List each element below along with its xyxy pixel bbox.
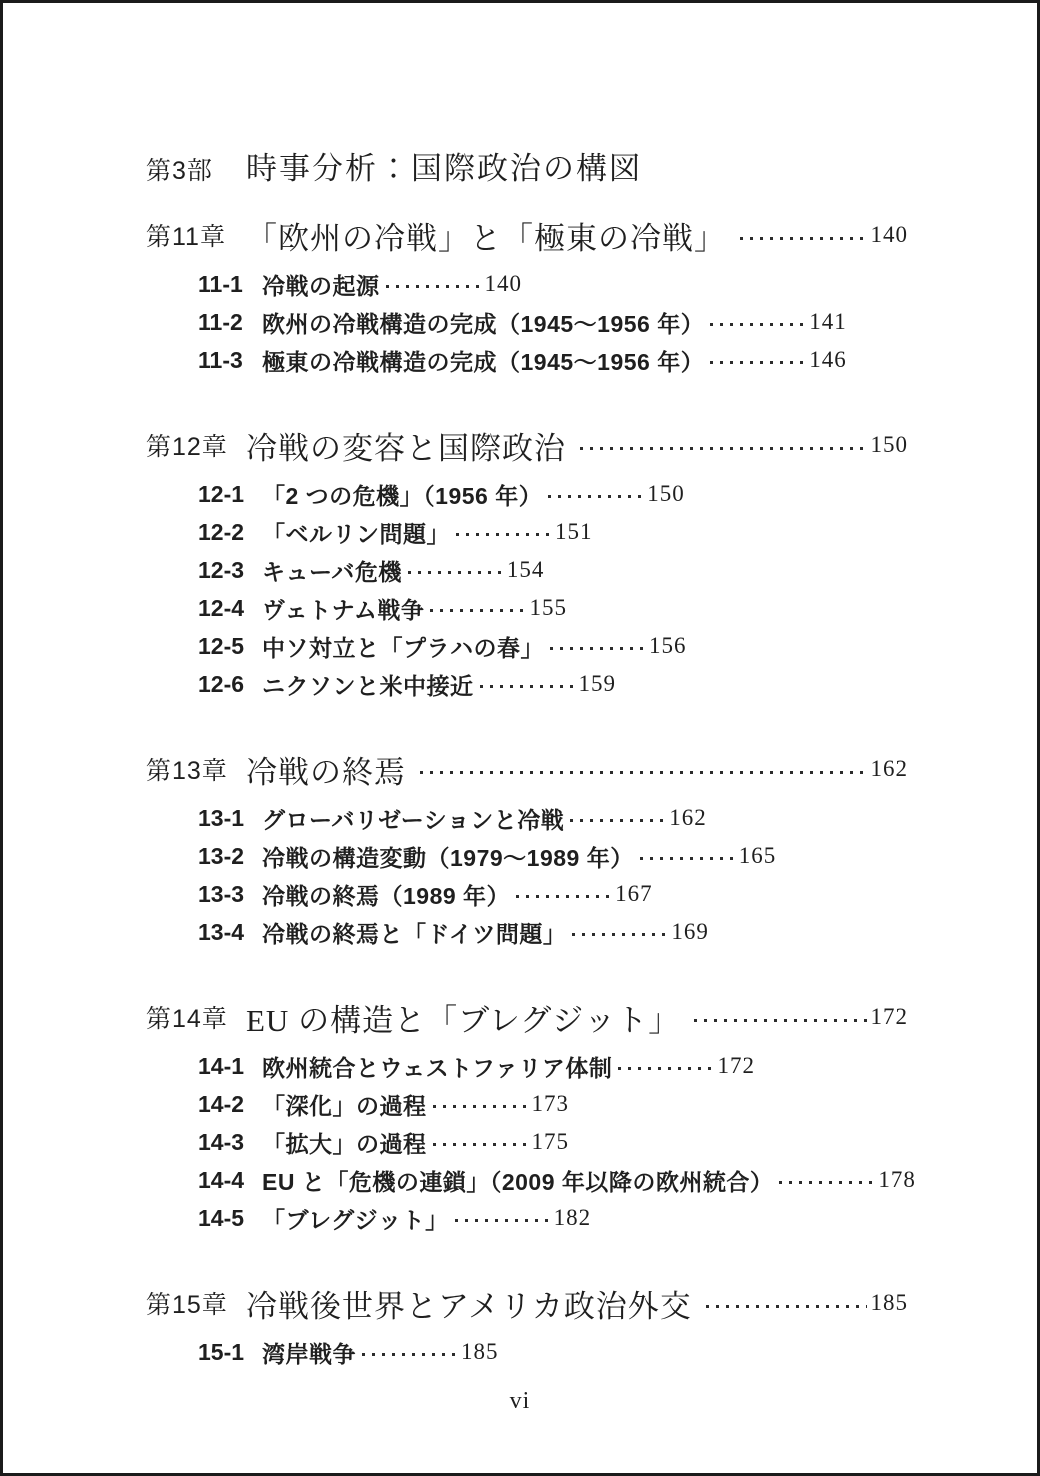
chapter-label: 第14章: [146, 999, 246, 1035]
section-title: 欧州統合とウェストファリア体制: [262, 1050, 612, 1083]
section-page-number: 175: [532, 1129, 570, 1155]
section-entry[interactable]: 15-1 湾岸戦争 185: [146, 1333, 908, 1371]
section-page-number: 185: [461, 1339, 499, 1365]
dot-leader: [572, 933, 666, 936]
dot-leader: [779, 1181, 873, 1184]
dot-leader: [480, 685, 574, 688]
section-page-number: 159: [579, 671, 617, 697]
dot-leader: [408, 571, 502, 574]
section-title: キューバ危機: [262, 554, 402, 587]
chapter-block: 第15章 冷戦後世界とアメリカ政治外交 185 15-1 湾岸戦争 185: [146, 1279, 908, 1371]
section-list: 13-1 グローバリゼーションと冷戦 162 13-2 冷戦の構造変動（1979…: [146, 799, 908, 951]
section-entry[interactable]: 14-5 「ブレグジット」 182: [146, 1199, 908, 1237]
section-entry[interactable]: 12-6 ニクソンと米中接近 159: [146, 665, 908, 703]
dot-leader: [550, 647, 644, 650]
section-title: 冷戦の終焉（1989 年）: [262, 878, 510, 911]
part-heading: 第3部 時事分析：国際政治の構図: [146, 143, 908, 185]
section-title: 「深化」の過程: [262, 1088, 427, 1121]
dot-leader: [433, 1143, 527, 1146]
dot-leader: [548, 495, 642, 498]
section-number: 13-1: [198, 805, 262, 832]
section-title: グローバリゼーションと冷戦: [262, 802, 564, 835]
dot-leader: [456, 533, 550, 536]
section-entry[interactable]: 14-1 欧州統合とウェストファリア体制 172: [146, 1047, 908, 1085]
part-label: 第3部: [146, 151, 246, 187]
section-number: 12-1: [198, 481, 262, 508]
chapter-list: 第11章 「欧州の冷戦」と「極東の冷戦」 140 11-1 冷戦の起源 140 …: [146, 211, 908, 1371]
section-list: 14-1 欧州統合とウェストファリア体制 172 14-2 「深化」の過程 17…: [146, 1047, 908, 1237]
section-number: 12-3: [198, 557, 262, 584]
chapter-title: 冷戦の変容と国際政治: [246, 423, 566, 468]
section-entry[interactable]: 12-4 ヴェトナム戦争 155: [146, 589, 908, 627]
section-number: 14-1: [198, 1053, 262, 1080]
toc-page: 第3部 時事分析：国際政治の構図 第11章 「欧州の冷戦」と「極東の冷戦」 14…: [0, 0, 1040, 1476]
chapter-entry[interactable]: 第12章 冷戦の変容と国際政治 150: [146, 421, 908, 469]
section-page-number: 172: [717, 1053, 755, 1079]
section-title: 「2 つの危機」（1956 年）: [262, 478, 542, 511]
section-number: 12-5: [198, 633, 262, 660]
section-entry[interactable]: 12-1 「2 つの危機」（1956 年） 150: [146, 475, 908, 513]
section-entry[interactable]: 14-4 EU と「危機の連鎖」（2009 年以降の欧州統合） 178: [146, 1161, 908, 1199]
section-entry[interactable]: 13-4 冷戦の終焉と「ドイツ問題」 169: [146, 913, 908, 951]
section-page-number: 156: [649, 633, 687, 659]
section-page-number: 162: [669, 805, 707, 831]
chapter-page-number: 185: [871, 1290, 909, 1316]
dot-leader: [455, 1219, 549, 1222]
section-number: 11-2: [198, 309, 262, 336]
section-page-number: 173: [532, 1091, 570, 1117]
section-number: 12-2: [198, 519, 262, 546]
section-entry[interactable]: 12-2 「ベルリン問題」 151: [146, 513, 908, 551]
chapter-title: 「欧州の冷戦」と「極東の冷戦」: [246, 213, 726, 258]
section-page-number: 141: [809, 309, 847, 335]
chapter-title: 冷戦の終焉: [246, 747, 406, 792]
section-number: 12-4: [198, 595, 262, 622]
section-number: 14-5: [198, 1205, 262, 1232]
section-page-number: 146: [809, 347, 847, 373]
chapter-entry[interactable]: 第14章 EU の構造と「ブレグジット」 172: [146, 993, 908, 1041]
section-title: 冷戦の構造変動（1979～1989 年）: [262, 840, 634, 873]
section-title: 極東の冷戦構造の完成（1945～1956 年）: [262, 344, 704, 377]
section-page-number: 155: [529, 595, 567, 621]
section-number: 12-6: [198, 671, 262, 698]
dot-leader: [386, 285, 480, 288]
section-entry[interactable]: 13-3 冷戦の終焉（1989 年） 167: [146, 875, 908, 913]
part-title: 時事分析：国際政治の構図: [246, 143, 642, 188]
section-page-number: 140: [485, 271, 523, 297]
chapter-page-number: 150: [871, 432, 909, 458]
section-title: 冷戦の起源: [262, 268, 380, 301]
section-page-number: 151: [555, 519, 593, 545]
dot-leader: [420, 771, 867, 774]
chapter-title: 冷戦後世界とアメリカ政治外交: [246, 1281, 692, 1326]
section-list: 12-1 「2 つの危機」（1956 年） 150 12-2 「ベルリン問題」 …: [146, 475, 908, 703]
section-title: 「ブレグジット」: [262, 1202, 449, 1235]
dot-leader: [740, 237, 867, 240]
chapter-label: 第12章: [146, 427, 246, 463]
section-number: 13-3: [198, 881, 262, 908]
section-entry[interactable]: 14-3 「拡大」の過程 175: [146, 1123, 908, 1161]
section-entry[interactable]: 11-2 欧州の冷戦構造の完成（1945～1956 年） 141: [146, 303, 908, 341]
section-entry[interactable]: 14-2 「深化」の過程 173: [146, 1085, 908, 1123]
section-entry[interactable]: 11-1 冷戦の起源 140: [146, 265, 908, 303]
section-title: ヴェトナム戦争: [262, 592, 424, 625]
dot-leader: [694, 1019, 866, 1022]
dot-leader: [580, 447, 867, 450]
section-page-number: 150: [647, 481, 685, 507]
section-page-number: 169: [671, 919, 709, 945]
chapter-block: 第13章 冷戦の終焉 162 13-1 グローバリゼーションと冷戦 162 13…: [146, 745, 908, 951]
footer-page-number: vi: [510, 1388, 531, 1414]
section-entry[interactable]: 12-5 中ソ対立と「プラハの春」 156: [146, 627, 908, 665]
section-entry[interactable]: 12-3 キューバ危機 154: [146, 551, 908, 589]
chapter-page-number: 162: [871, 756, 909, 782]
section-title: EU と「危機の連鎖」（2009 年以降の欧州統合）: [262, 1164, 773, 1197]
section-entry[interactable]: 13-2 冷戦の構造変動（1979～1989 年） 165: [146, 837, 908, 875]
section-number: 15-1: [198, 1339, 262, 1366]
dot-leader: [618, 1067, 712, 1070]
chapter-label: 第13章: [146, 751, 246, 787]
chapter-block: 第14章 EU の構造と「ブレグジット」 172 14-1 欧州統合とウェストフ…: [146, 993, 908, 1237]
dot-leader: [430, 609, 524, 612]
section-number: 14-2: [198, 1091, 262, 1118]
chapter-block: 第11章 「欧州の冷戦」と「極東の冷戦」 140 11-1 冷戦の起源 140 …: [146, 211, 908, 379]
section-page-number: 154: [507, 557, 545, 583]
chapter-page-number: 172: [871, 1004, 909, 1030]
section-title: 湾岸戦争: [262, 1336, 356, 1369]
section-title: 中ソ対立と「プラハの春」: [262, 630, 544, 663]
dot-leader: [710, 323, 804, 326]
chapter-entry[interactable]: 第15章 冷戦後世界とアメリカ政治外交 185: [146, 1279, 908, 1327]
dot-leader: [433, 1105, 527, 1108]
dot-leader: [516, 895, 610, 898]
section-page-number: 178: [878, 1167, 916, 1193]
dot-leader: [710, 361, 804, 364]
section-title: 「拡大」の過程: [262, 1126, 427, 1159]
section-number: 14-4: [198, 1167, 262, 1194]
chapter-title: EU の構造と「ブレグジット」: [246, 995, 680, 1040]
table-of-contents: 第3部 時事分析：国際政治の構図 第11章 「欧州の冷戦」と「極東の冷戦」 14…: [146, 143, 908, 1413]
section-page-number: 182: [554, 1205, 592, 1231]
section-number: 11-1: [198, 271, 262, 298]
section-title: 「ベルリン問題」: [262, 516, 450, 549]
section-page-number: 165: [739, 843, 777, 869]
dot-leader: [640, 857, 734, 860]
chapter-page-number: 140: [871, 222, 909, 248]
page-footer: vi: [3, 1388, 1037, 1415]
chapter-label: 第15章: [146, 1285, 246, 1321]
section-title: ニクソンと米中接近: [262, 668, 474, 701]
section-number: 13-2: [198, 843, 262, 870]
section-number: 14-3: [198, 1129, 262, 1156]
chapter-entry[interactable]: 第13章 冷戦の終焉 162: [146, 745, 908, 793]
section-title: 欧州の冷戦構造の完成（1945～1956 年）: [262, 306, 704, 339]
chapter-entry[interactable]: 第11章 「欧州の冷戦」と「極東の冷戦」 140: [146, 211, 908, 259]
dot-leader: [570, 819, 664, 822]
chapter-block: 第12章 冷戦の変容と国際政治 150 12-1 「2 つの危機」（1956 年…: [146, 421, 908, 703]
section-entry[interactable]: 11-3 極東の冷戦構造の完成（1945～1956 年） 146: [146, 341, 908, 379]
section-title: 冷戦の終焉と「ドイツ問題」: [262, 916, 566, 949]
section-entry[interactable]: 13-1 グローバリゼーションと冷戦 162: [146, 799, 908, 837]
dot-leader: [362, 1353, 456, 1356]
chapter-label: 第11章: [146, 217, 246, 253]
section-list: 15-1 湾岸戦争 185: [146, 1333, 908, 1371]
dot-leader: [706, 1305, 867, 1308]
section-list: 11-1 冷戦の起源 140 11-2 欧州の冷戦構造の完成（1945～1956…: [146, 265, 908, 379]
section-page-number: 167: [615, 881, 653, 907]
section-number: 11-3: [198, 347, 262, 374]
section-number: 13-4: [198, 919, 262, 946]
